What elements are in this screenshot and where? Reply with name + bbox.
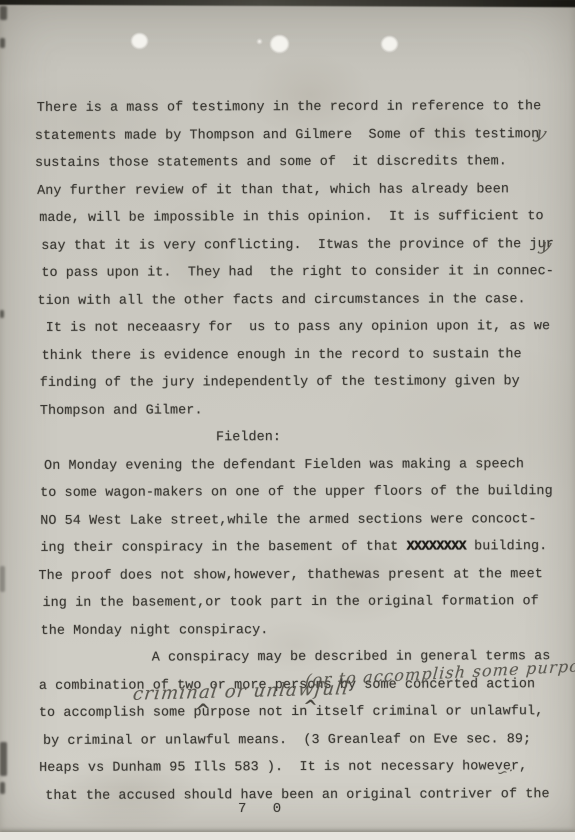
- typed-line-12: Thompson and Gilmer.: [40, 396, 566, 425]
- punch-hole-left: [131, 33, 148, 49]
- scanned-document-page: There is a mass of testimony in the reco…: [0, 0, 575, 840]
- scan-bottom-edge: [0, 832, 575, 840]
- typed-line-5: made, will be impossible in this opinion…: [39, 203, 565, 232]
- typed-line-23: to accomplish some purpose not in itself…: [39, 698, 567, 727]
- section-heading-fielden: Fielden:: [216, 423, 566, 452]
- typed-line-3: sustains those statements and some of it…: [35, 148, 565, 177]
- typed-line-25: Heaps vs Dunham 95 Ills 583 ). It is not…: [39, 753, 567, 782]
- typed-text-block: There is a mass of testimony in the reco…: [35, 93, 567, 810]
- typed-line-9: It is not neceaasry for us to pass any o…: [38, 313, 566, 342]
- typed-line-22: a combination of two or more persons by …: [39, 671, 567, 700]
- punch-dot: [257, 39, 262, 44]
- typed-line-11: finding of the jury independently of the…: [40, 368, 566, 397]
- overstruck-word: XXXXXXXX: [406, 539, 466, 554]
- page-number: 7 0: [238, 801, 290, 817]
- typed-line-6: say that it is very conflicting. Itwas t…: [41, 231, 565, 260]
- edge-mark: [0, 742, 7, 776]
- punch-hole-right: [381, 36, 398, 52]
- edge-mark: [0, 310, 4, 318]
- typed-line-21: A conspiracy may be described in general…: [152, 643, 567, 672]
- line-segment: ing their conspiracy in the basement of …: [40, 540, 406, 556]
- typed-line-2: statements made by Thompson and Gilmere …: [35, 121, 565, 150]
- edge-mark: [0, 782, 5, 794]
- typed-line-19: ing in the basement,or took part in the …: [42, 588, 566, 617]
- edge-mark: [0, 6, 7, 20]
- typed-line-15: to some wagon-makers on one of the upper…: [40, 478, 566, 507]
- typed-line-10: think there is evidence enough in the re…: [42, 341, 566, 370]
- typed-line-17: ing their conspiracy in the basement of …: [40, 533, 566, 562]
- typed-line-1: There is a mass of testimony in the reco…: [37, 93, 565, 122]
- typed-line-26: that the accused should have been an ori…: [45, 781, 567, 810]
- line-segment: building.: [466, 539, 547, 554]
- edge-mark: [0, 38, 5, 48]
- typed-line-14: On Monday evening the defendant Fielden …: [44, 451, 566, 480]
- typed-line-16: NO 54 West Lake street,while the armed s…: [40, 506, 566, 535]
- typed-line-18: The proof does not show,however, thathew…: [38, 561, 566, 590]
- typed-line-24: by criminal or unlawful means. (3 Greanl…: [43, 726, 567, 755]
- typed-line-7: to pass upon it. They had the right to c…: [41, 258, 565, 287]
- typed-line-8: tion with all the other facts and circum…: [37, 286, 565, 315]
- edge-mark: [0, 566, 5, 592]
- typed-line-4: Any further review of it than that, whic…: [37, 176, 565, 205]
- typed-line-20: the Monday night conspiracy.: [41, 616, 567, 645]
- punch-hole-center: [270, 35, 289, 53]
